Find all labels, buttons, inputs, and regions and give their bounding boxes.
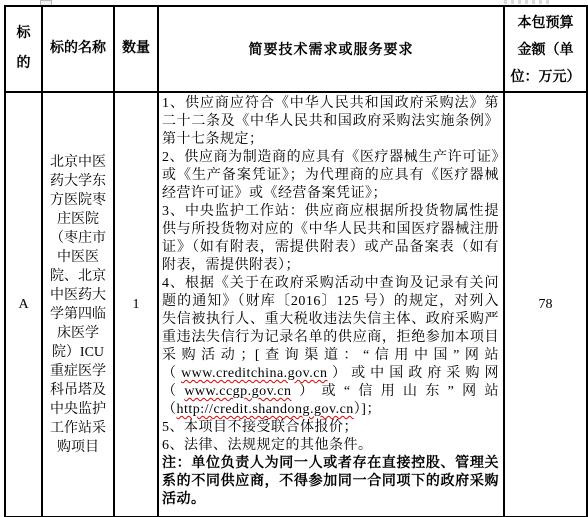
cell-requirements: 1、供应商应符合《中华人民共和国政府采购法》第二十二条及《中华人民共和国政府采购…: [158, 92, 504, 517]
requirement-item-4: 4、根据《关于在政府采购活动中查询及记录有关问题的通知》（财库〔2016〕125…: [162, 275, 499, 419]
header-cell-budget: 本包预算 金额（单 位：万元）: [504, 6, 587, 92]
header-row: 标 的 标的名称 数量 简要技术需求或服务要求 本包预算 金额（单 位：万元）: [5, 6, 587, 92]
url-text: www.creditchina.gov.cn: [181, 366, 327, 381]
requirement-text: 3、中央监护工作站：供应商应根据所投货物属性提供与所投货物对应的《中华人民共和国…: [162, 204, 499, 273]
cell-budget-amount: 78: [504, 92, 587, 517]
clipped-artifact-right: [504, 0, 552, 4]
procurement-table: 标 的 标的名称 数量 简要技术需求或服务要求 本包预算 金额（单 位：万元） …: [4, 5, 588, 517]
requirement-text: 注：单位负责人为同一人或者存在直接控股、管理关系的不同供应商，不得参加同一合同项…: [162, 456, 499, 507]
cell-quantity: 1: [114, 92, 158, 517]
requirement-text: ）]；: [354, 402, 381, 417]
data-row: A 北京中医 药大学东 方医院枣 庄医院 （枣庄市 中医医 院、北京 中医药大 …: [5, 92, 587, 517]
requirements-list: 1、供应商应符合《中华人民共和国政府采购法》第二十二条及《中华人民共和国政府采购…: [162, 95, 499, 509]
cell-target-id: A: [5, 92, 42, 517]
requirement-item-3: 3、中央监护工作站：供应商应根据所投货物属性提供与所投货物对应的《中华人民共和国…: [162, 203, 499, 275]
header-cell-name: 标的名称: [42, 6, 114, 92]
header-cell-quantity: 数量: [114, 6, 158, 92]
cell-project-name: 北京中医 药大学东 方医院枣 庄医院 （枣庄市 中医医 院、北京 中医药大 学第…: [42, 92, 114, 517]
header-cell-target: 标 的: [5, 6, 42, 92]
requirement-text: 1、供应商应符合《中华人民共和国政府采购法》第二十二条及《中华人民共和国政府采购…: [162, 96, 499, 147]
header-cell-requirements: 简要技术需求或服务要求: [158, 6, 504, 92]
requirement-text: 5、本项目不接受联合体报价；: [162, 420, 358, 435]
requirement-text: 2、供应商为制造商的应具有《医疗器械生产许可证》或《生产备案凭证》；为代理商的应…: [162, 150, 499, 201]
requirement-item-2: 2、供应商为制造商的应具有《医疗器械生产许可证》或《生产备案凭证》；为代理商的应…: [162, 149, 499, 203]
requirement-item-1: 1、供应商应符合《中华人民共和国政府采购法》第二十二条及《中华人民共和国政府采购…: [162, 95, 499, 149]
requirement-item-7: 注：单位负责人为同一人或者存在直接控股、管理关系的不同供应商，不得参加同一合同项…: [162, 455, 499, 509]
requirement-item-5: 5、本项目不接受联合体报价；: [162, 419, 499, 437]
url-text: www.ccgp.gov.cn: [184, 384, 291, 399]
requirement-text: 6、法律、法规规定的其他条件。: [162, 438, 373, 453]
requirement-item-6: 6、法律、法规规定的其他条件。: [162, 437, 499, 455]
document-page: 标 的 标的名称 数量 简要技术需求或服务要求 本包预算 金额（单 位：万元） …: [0, 0, 588, 517]
url-text: http://credit.shandong.gov.cn: [177, 402, 354, 417]
